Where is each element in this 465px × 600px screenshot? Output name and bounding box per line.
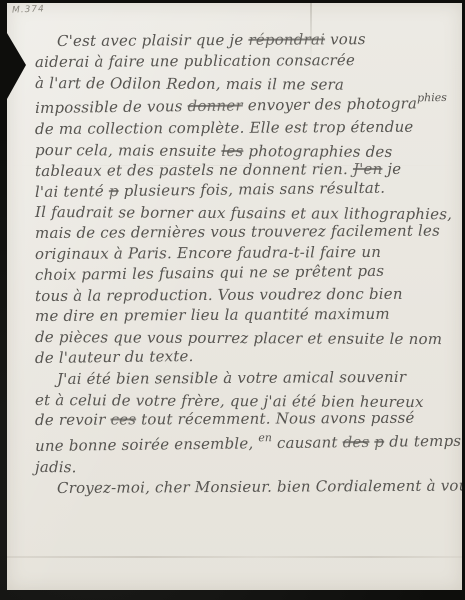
letter-line: mais de ces dernières vous trouverez fac…	[35, 221, 447, 244]
handwritten-text: pour cela, mais ensuite	[35, 141, 221, 160]
letter-body: C'est avec plaisir que je répondrai vous…	[35, 31, 447, 499]
handwritten-text: je	[382, 160, 401, 178]
letter-line: de ma collection complète. Elle est trop…	[35, 117, 447, 140]
handwritten-text: originaux à Paris. Encore faudra-t-il fa…	[35, 243, 381, 263]
handwritten-text: de ma collection complète. Elle est trop…	[35, 118, 414, 138]
handwritten-text: envoyer des photogra	[243, 95, 418, 115]
handwritten-text: Croyez-moi, cher Monsieur. bien Cordiale…	[57, 476, 465, 497]
handwritten-text: choix parmi les fusains qui ne se prêten…	[35, 261, 384, 283]
handwritten-text: jadis.	[35, 458, 77, 476]
handwritten-text: tout récemment. Nous avons passé	[136, 409, 415, 429]
letter-line: me dire en premier lieu la quantité maxi…	[35, 304, 447, 327]
letter-line: J'ai été bien sensible à votre amical so…	[57, 366, 447, 389]
struck-text: donner	[187, 97, 242, 116]
struck-text: des	[343, 433, 370, 451]
handwritten-text: aiderai à faire une publication consacré…	[35, 51, 355, 71]
handwritten-text: impossible de vous	[35, 98, 188, 118]
handwritten-text: tableaux et des pastels ne donnent rien.	[35, 160, 353, 180]
struck-text: p	[109, 182, 119, 200]
handwritten-text: C'est avec plaisir que je	[57, 31, 249, 50]
letter-paper: M.374 C'est avec plaisir que je répondra…	[7, 3, 462, 590]
handwritten-text: de revoir	[35, 411, 111, 429]
letter-line: Croyez-moi, cher Monsieur. bien Cordiale…	[57, 475, 447, 498]
letter-line: une bonne soirée ensemble, en causant de…	[35, 426, 447, 457]
letter-line: C'est avec plaisir que je répondrai vous	[57, 29, 447, 52]
handwritten-text: tous à la reproduction. Vous voudrez don…	[35, 284, 403, 304]
struck-text: les	[221, 142, 243, 160]
paper-fold-crease-bottom	[7, 556, 462, 558]
handwritten-text: causant	[272, 433, 343, 452]
struck-text: J'en	[353, 160, 383, 178]
handwritten-text: de l'auteur du texte.	[35, 347, 194, 367]
struck-text: p	[374, 433, 384, 451]
handwritten-text: me dire en premier lieu la quantité maxi…	[35, 305, 390, 325]
letter-line: impossible de vous donner envoyer des ph…	[35, 88, 447, 119]
struck-text: ces	[110, 411, 136, 429]
scanned-letter-page: M.374 C'est avec plaisir que je répondra…	[0, 0, 465, 600]
handwritten-text: mais de ces dernières vous trouverez fac…	[35, 222, 440, 242]
letter-line: de l'auteur du texte.	[35, 343, 447, 369]
handwritten-text: J'ai été bien sensible à votre amical so…	[57, 368, 406, 388]
handwritten-text: vous	[325, 30, 366, 48]
handwritten-text: phies	[417, 91, 447, 104]
handwritten-text: en	[258, 431, 272, 444]
handwritten-text: une bonne soirée ensemble,	[35, 434, 259, 455]
handwritten-text: du temps	[384, 432, 461, 451]
struck-text: répondrai	[248, 30, 325, 48]
handwritten-text: l'ai tenté	[35, 182, 109, 201]
archive-number-pencil-note: M.374	[12, 4, 45, 15]
letter-line: choix parmi les fusains qui ne se prêten…	[35, 260, 447, 286]
handwritten-text: plusieurs fois, mais sans résultat.	[119, 178, 386, 199]
letter-line: l'ai tenté p plusieurs fois, mais sans r…	[35, 177, 447, 203]
letter-line: aiderai à faire une publication consacré…	[35, 49, 447, 72]
